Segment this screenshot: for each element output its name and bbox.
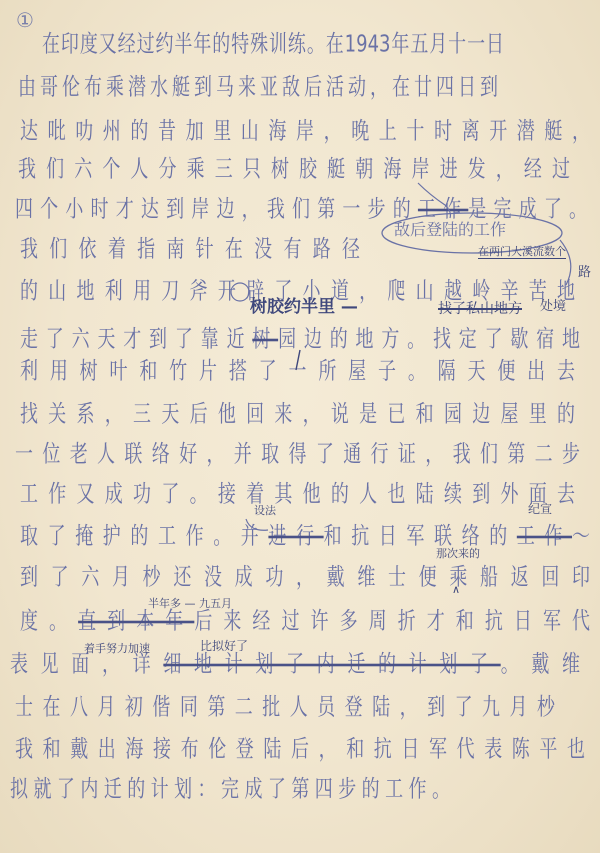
- text-line-19: 拟就了内迁的计划：完成了第四步的工作。: [10, 771, 450, 810]
- interlinear-insert: 树胶约半里 —: [250, 299, 358, 316]
- page-number-mark: ①: [16, 8, 34, 32]
- text-line-10: 找关系，三天后他回来，说是已和园边屋里的: [20, 396, 575, 435]
- interlinear-insert: 纪宣: [528, 503, 552, 515]
- text-line-3: 达吡叻州的昔加里山海岸，晚上十时离开潜艇，: [20, 113, 590, 152]
- text-line-11: 一位老人联络好，并取得了通行证，我们第二步: [15, 436, 580, 475]
- text-line-9: 利用树叶和竹片搭了一所屋子。隔天便出去: [20, 353, 575, 392]
- struck-text: 细地计划了内迁的计划了: [163, 651, 500, 678]
- text-line-6: 我们依着指南针在没有路径: [20, 231, 360, 270]
- line-text: 度。: [20, 608, 78, 635]
- interlinear-insert: 着手努力加速: [84, 643, 150, 654]
- interlinear-insert: 半年多 — 九五月: [148, 598, 232, 609]
- struck-text: 工作: [418, 196, 468, 223]
- margin-note: 处境: [540, 300, 566, 313]
- struck-note: 找了私山地方: [438, 302, 522, 316]
- interlinear-insert: 那次来的: [436, 548, 480, 559]
- margin-note: 路: [578, 266, 591, 279]
- line-text: 后来经过许多周折才和抗日军代: [194, 608, 590, 635]
- interlinear-insert: 设法: [254, 505, 276, 516]
- struck-text: 直到本年: [78, 608, 194, 635]
- struck-text: 进行: [268, 523, 323, 550]
- line-text: 走了六天才到了靠近: [20, 326, 252, 353]
- text-line-13: 取了掩护的工作。并进行和抗日军联络的工作～: [20, 518, 590, 557]
- text-line-4: 我们六个人分乘三只树胶艇朝海岸进发，经过: [18, 151, 570, 190]
- circled-insert-note: 敌后登陆的工作: [394, 222, 506, 238]
- text-line-15: 度。直到本年后来经过许多周折才和抗日军代: [20, 603, 590, 642]
- struck-text: 树: [252, 326, 278, 353]
- line-text: 园边的地方。找定了歇宿地: [278, 326, 580, 353]
- line-text: 和抗日军联络的: [324, 523, 517, 550]
- line-text: 。戴维: [501, 651, 580, 678]
- text-line-18: 我和戴出海接布伦登陆后，和抗日军代表陈平也: [15, 731, 585, 770]
- interlinear-insert: 比拟好了: [200, 640, 248, 652]
- line-text: 四个小时才达到岸边，我们第一步的: [15, 196, 418, 223]
- text-line-2: 由哥伦布乘潜水艇到马来亚敌后活动，在廿四日到: [18, 69, 498, 108]
- struck-text: 工作: [517, 523, 572, 550]
- caret-mark: ∧: [452, 584, 460, 595]
- text-line-1: 在印度又经过约半年的特殊训练。在1943年五月十一日: [42, 26, 504, 65]
- text-line-12: 工作又成功了。接着其他的人也陆续到外面去: [20, 476, 575, 515]
- line-text: ～: [572, 523, 590, 550]
- text-line-17: 士在八月初偕同第二批人员登陆，到了九月杪: [15, 689, 555, 728]
- text-line-14: 到了六月杪还没成功，戴维士便乘船返回印: [20, 559, 590, 598]
- manuscript-page: ① 在印度又经过约半年的特殊训练。在1943年五月十一日 由哥伦布乘潜水艇到马来…: [0, 0, 600, 853]
- line-text: 取了掩护的工作。并: [20, 523, 268, 550]
- margin-note: 在两门大溪流数个: [478, 246, 566, 259]
- line-text: 是完成了。: [468, 196, 587, 223]
